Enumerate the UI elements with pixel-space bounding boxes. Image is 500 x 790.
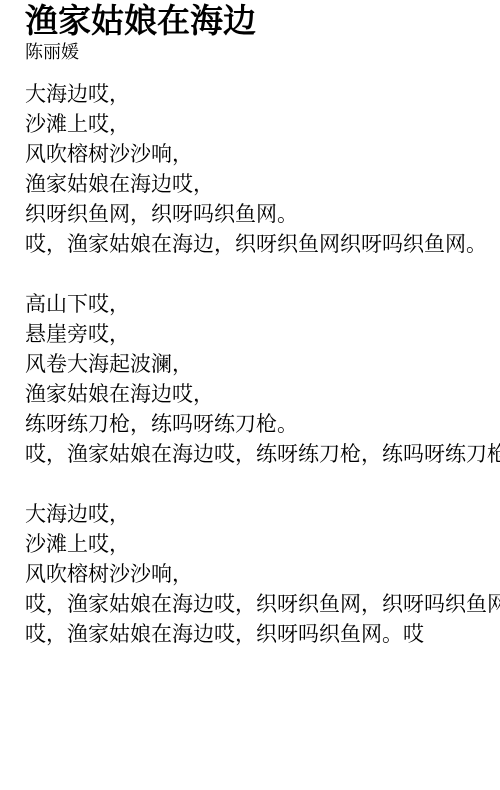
lyric-line: 风卷大海起波澜，: [25, 350, 500, 380]
lyric-line: 哎，渔家姑娘在海边哎，练呀练刀枪，练吗呀练刀枪。: [25, 440, 500, 470]
lyric-line: 风吹榕树沙沙响，: [25, 140, 500, 170]
song-title: 渔家姑娘在海边: [25, 1, 500, 41]
lyric-line: 哎，渔家姑娘在海边哎，织呀吗织鱼网。哎: [25, 620, 500, 650]
lyrics-body: 大海边哎， 沙滩上哎， 风吹榕树沙沙响， 渔家姑娘在海边哎， 织呀织鱼网，织呀吗…: [25, 80, 500, 650]
lyric-line: 大海边哎，: [25, 80, 500, 110]
stanza-1: 大海边哎， 沙滩上哎， 风吹榕树沙沙响， 渔家姑娘在海边哎， 织呀织鱼网，织呀吗…: [25, 80, 500, 260]
lyrics-page: 渔家姑娘在海边 陈丽媛 大海边哎， 沙滩上哎， 风吹榕树沙沙响， 渔家姑娘在海边…: [0, 0, 500, 650]
stanza-2: 高山下哎， 悬崖旁哎， 风卷大海起波澜， 渔家姑娘在海边哎， 练呀练刀枪，练吗呀…: [25, 290, 500, 470]
lyric-line: 哎，渔家姑娘在海边哎，织呀织鱼网，织呀吗织鱼网，: [25, 590, 500, 620]
lyric-line: 渔家姑娘在海边哎，: [25, 170, 500, 200]
lyric-line: 风吹榕树沙沙响，: [25, 560, 500, 590]
lyric-line: 悬崖旁哎，: [25, 320, 500, 350]
artist-name: 陈丽媛: [25, 41, 500, 63]
lyric-line: 练呀练刀枪，练吗呀练刀枪。: [25, 410, 500, 440]
lyric-line: 织呀织鱼网，织呀吗织鱼网。: [25, 200, 500, 230]
lyric-line: 沙滩上哎，: [25, 530, 500, 560]
lyric-line: 大海边哎，: [25, 500, 500, 530]
stanza-3: 大海边哎， 沙滩上哎， 风吹榕树沙沙响， 哎，渔家姑娘在海边哎，织呀织鱼网，织呀…: [25, 500, 500, 650]
lyric-line: 哎，渔家姑娘在海边，织呀织鱼网织呀吗织鱼网。: [25, 230, 500, 260]
lyric-line: 高山下哎，: [25, 290, 500, 320]
lyric-line: 渔家姑娘在海边哎，: [25, 380, 500, 410]
lyric-line: 沙滩上哎，: [25, 110, 500, 140]
